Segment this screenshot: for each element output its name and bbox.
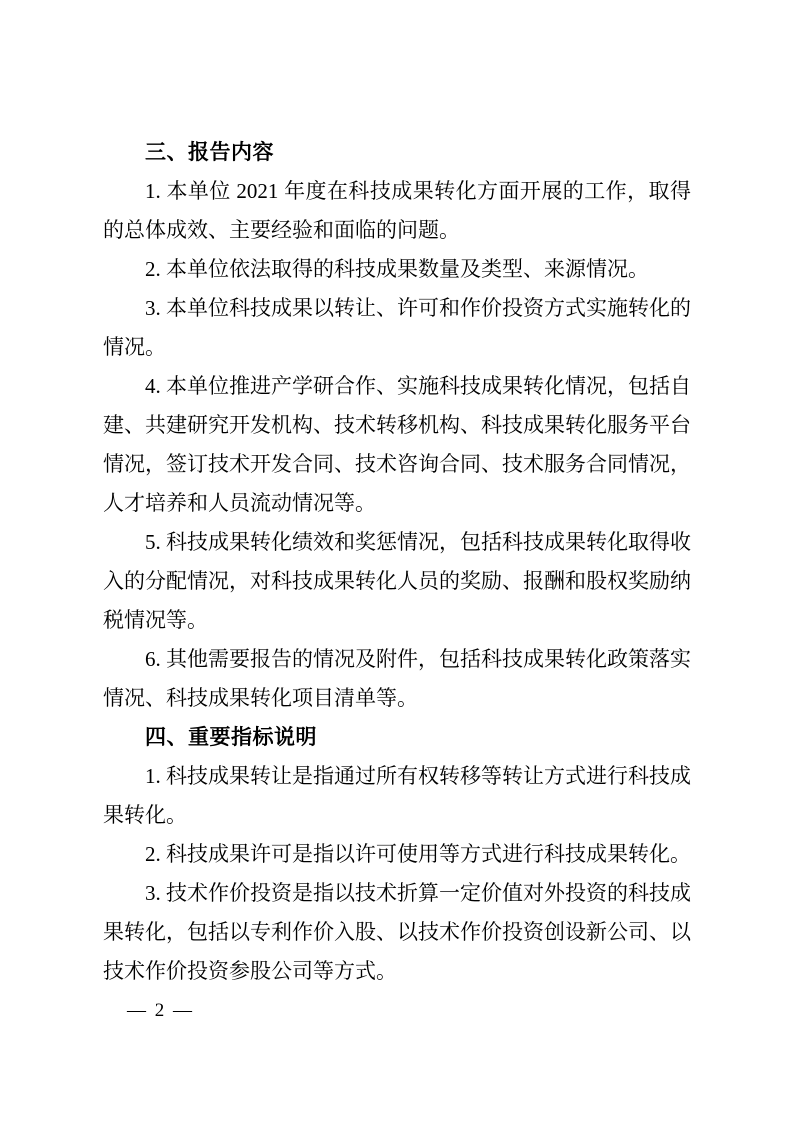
paragraph: 5. 科技成果转化绩效和奖惩情况，包括科技成果转化取得收入的分配情况，对科技成果… [103, 523, 691, 640]
paragraph: 3. 本单位科技成果以转让、许可和作价投资方式实施转化的情况。 [103, 289, 691, 367]
paragraph: 2. 科技成果许可是指以许可使用等方式进行科技成果转化。 [103, 835, 691, 874]
paragraph: 6. 其他需要报告的情况及附件，包括科技成果转化政策落实情况、科技成果转化项目清… [103, 640, 691, 718]
section-heading-indicator-notes: 四、重要指标说明 [103, 718, 691, 757]
paragraph: 3. 技术作价投资是指以技术折算一定价值对外投资的科技成果转化，包括以专利作价入… [103, 874, 691, 991]
paragraph: 1. 本单位 2021 年度在科技成果转化方面开展的工作，取得的总体成效、主要经… [103, 172, 691, 250]
page-number: — 2 — [127, 1000, 194, 1022]
section-heading-report-content: 三、报告内容 [103, 133, 691, 172]
paragraph: 4. 本单位推进产学研合作、实施科技成果转化情况，包括自建、共建研究开发机构、技… [103, 367, 691, 523]
paragraph: 2. 本单位依法取得的科技成果数量及类型、来源情况。 [103, 250, 691, 289]
document-content: 三、报告内容 1. 本单位 2021 年度在科技成果转化方面开展的工作，取得的总… [103, 133, 691, 991]
paragraph: 1. 科技成果转让是指通过所有权转移等转让方式进行科技成果转化。 [103, 757, 691, 835]
document-page: 三、报告内容 1. 本单位 2021 年度在科技成果转化方面开展的工作，取得的总… [0, 0, 793, 1122]
